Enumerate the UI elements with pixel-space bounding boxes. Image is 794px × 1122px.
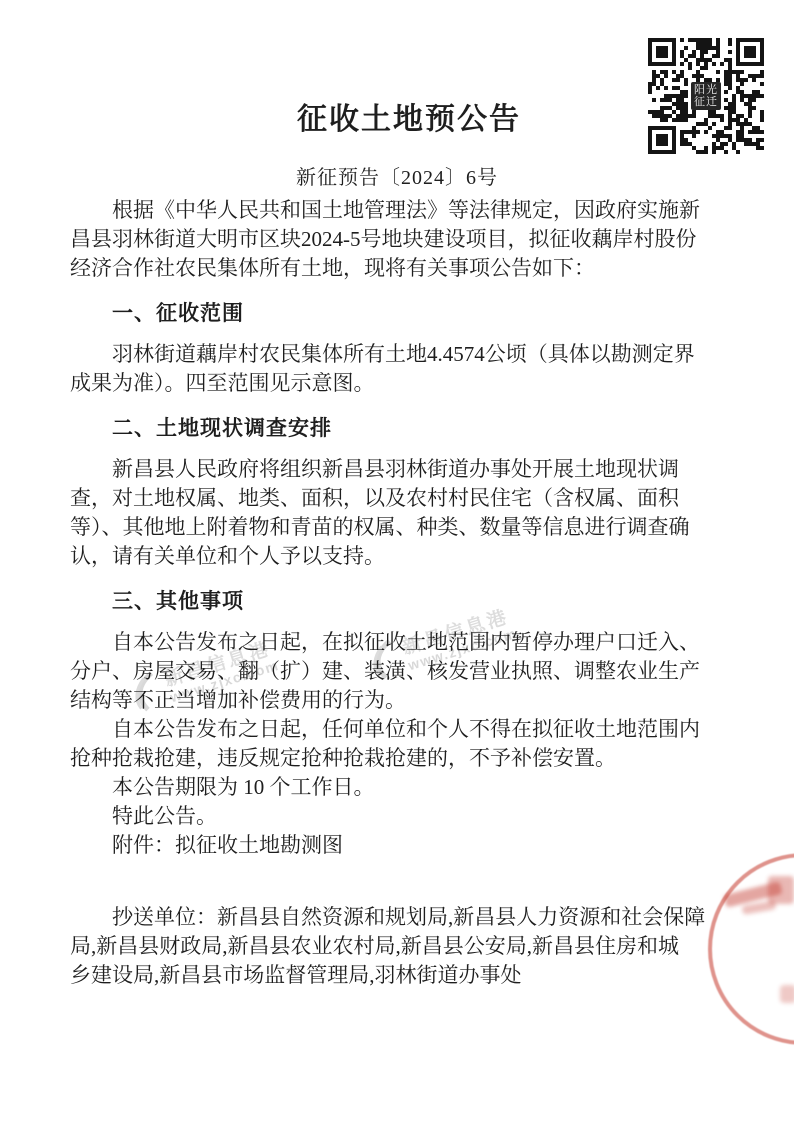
notice-period-line: 本公告期限为 10 个工作日。 — [70, 773, 740, 802]
qr-code: 阳光 征迁 — [645, 34, 767, 158]
section-1-heading: 一、征收范围 — [70, 299, 740, 328]
seal-smudge — [780, 985, 794, 1003]
qr-label-line1: 阳光 — [694, 84, 718, 96]
section-3-heading: 三、其他事项 — [70, 587, 740, 616]
section-2-paragraph: 新昌县人民政府将组织新昌县羽林街道办事处开展土地现状调 查，对土地权属、地类、面… — [70, 455, 740, 571]
hereby-announced-line: 特此公告。 — [70, 802, 740, 831]
section-3-paragraph-2: 自本公告发布之日起，任何单位和个人不得在拟征收土地范围内 抢种抢栽抢建，违反规定… — [70, 715, 740, 773]
intro-paragraph: 根据《中华人民共和国土地管理法》等法律规定，因政府实施新 昌县羽林街道大明市区块… — [70, 196, 740, 283]
document-body: 根据《中华人民共和国土地管理法》等法律规定，因政府实施新 昌县羽林街道大明市区块… — [70, 196, 740, 860]
cc-list: 抄送单位：新昌县自然资源和规划局,新昌县人力资源和社会保障 局,新昌县财政局,新… — [70, 903, 750, 990]
section-1-paragraph: 羽林街道藕岸村农民集体所有土地4.4574公顷（具体以勘测定界 成果为准）。四至… — [70, 340, 740, 398]
doc-number: 新征预告〔2024〕6号 — [0, 166, 794, 190]
announcement-page: 新昌信息港 www.zjxc.com 新昌信息港 www.zjxc.com 阳光… — [0, 0, 794, 1122]
section-3-paragraph-1: 自本公告发布之日起，在拟征收土地范围内暂停办理户口迁入、 分户、房屋交易、翻（扩… — [70, 628, 740, 715]
qr-label-line2: 征迁 — [694, 96, 718, 108]
attachment-line: 附件：拟征收土地勘测图 — [70, 831, 740, 860]
section-2-heading: 二、土地现状调查安排 — [70, 414, 740, 443]
qr-center-label: 阳光 征迁 — [691, 82, 721, 110]
